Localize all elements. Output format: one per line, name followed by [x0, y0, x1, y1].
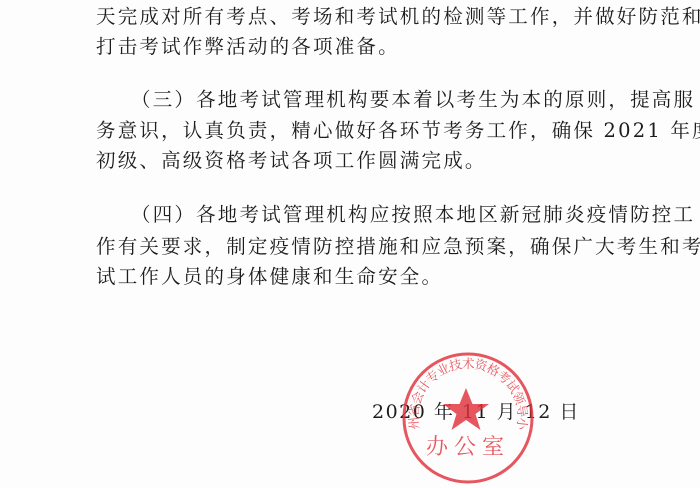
document-page: 天完成对所有考点、考场和考试机的检测等工作，并做好防范和 打击考试作弊活动的各项…: [0, 0, 700, 488]
official-seal-stamp: 贵州省会计专业技术资格考试领导小组 办公室: [400, 350, 536, 486]
paragraph-continuation-line-2: 打击考试作弊活动的各项准备。: [96, 36, 616, 58]
paragraph-continuation-line-1: 天完成对所有考点、考场和考试机的检测等工作，并做好防范和: [96, 6, 616, 28]
paragraph-item-4-line-1: （四）各地考试管理机构应按照本地区新冠肺炎疫情防控工: [131, 204, 651, 226]
seal-star-icon: [443, 388, 489, 430]
paragraph-item-3-line-2: 务意识，认真负责，精心做好各环节考务工作，确保 2021 年度: [96, 120, 616, 142]
paragraph-item-3-line-3: 初级、高级资格考试各项工作圆满完成。: [96, 150, 616, 172]
paragraph-item-3-line-1: （三）各地考试管理机构要本着以考生为本的原则，提高服: [131, 89, 651, 111]
seal-bottom-text: 办公室: [426, 435, 510, 460]
paragraph-item-4-line-2: 作有关要求，制定疫情防控措施和应急预案，确保广大考生和考: [96, 236, 616, 258]
paragraph-item-4-line-3: 试工作人员的身体健康和生命安全。: [96, 266, 616, 288]
